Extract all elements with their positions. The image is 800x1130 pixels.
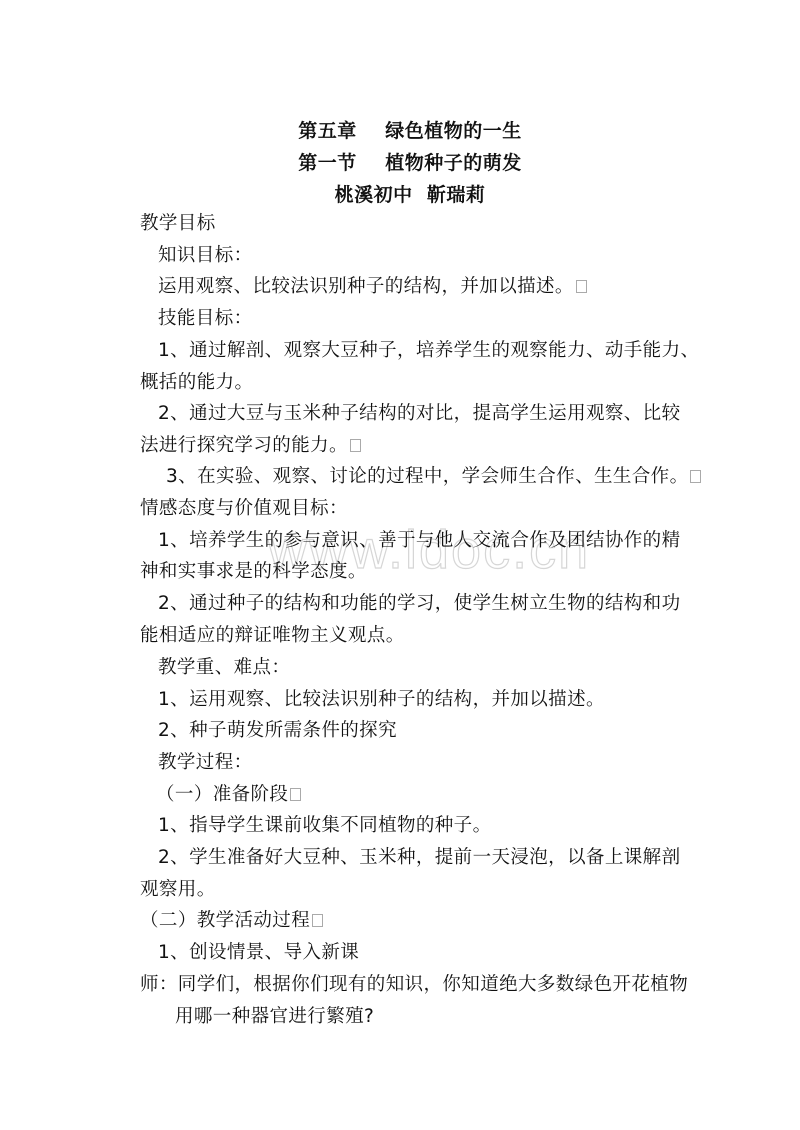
- paragraph-line: 2、种子萌发所需条件的探究: [158, 719, 397, 743]
- placeholder-box-icon: [312, 914, 323, 927]
- line-text: 2、种子萌发所需条件的探究: [158, 720, 397, 741]
- line-text: 1、运用观察、比较法识别种子的结构，并加以描述。: [158, 689, 605, 710]
- dialogue-line: 师：同学们，根据你们现有的知识，你知道绝大多数绿色开花植物: [140, 973, 688, 997]
- paragraph-line: 能相适应的辩证唯物主义观点。: [140, 624, 405, 648]
- heading-teaching-process: 教学过程：: [158, 751, 253, 775]
- heading-skill-goals: 技能目标：: [158, 307, 253, 331]
- line-text: 1、创设情景、导入新课: [158, 942, 359, 963]
- paragraph-line: 2、学生准备好大豆种、玉米种，提前一天浸泡，以备上课解剖: [158, 846, 680, 870]
- paragraph-line: 1、通过解剖、观察大豆种子，培养学生的观察能力、动手能力、: [158, 339, 699, 363]
- paragraph-line: 2、通过大豆与玉米种子结构的对比，提高学生运用观察、比较: [158, 402, 680, 426]
- line-text: 1、指导学生课前收集不同植物的种子。: [158, 815, 491, 836]
- chapter-title: 第五章 绿色植物的一生: [0, 119, 800, 143]
- line-text: 法进行探究学习的能力。: [140, 435, 348, 456]
- paragraph-line: 观察用。: [140, 878, 216, 902]
- document-page: www.ldoc.cn 第五章 绿色植物的一生 第一节 植物种子的萌发 桃溪初中…: [0, 0, 800, 1130]
- line-text: 3、在实验、观察、讨论的过程中，学会师生合作、生生合作。: [166, 466, 688, 487]
- placeholder-box-icon: [690, 470, 701, 483]
- heading-activity-process: （二）教学活动过程: [140, 909, 323, 933]
- line-text: 2、通过大豆与玉米种子结构的对比，提高学生运用观察、比较: [158, 403, 680, 424]
- line-text: （一）准备阶段: [156, 784, 288, 805]
- line-text: 运用观察、比较法识别种子的结构，并加以描述。: [158, 276, 574, 297]
- heading-emotion-goals: 情感态度与价值观目标：: [140, 497, 348, 521]
- placeholder-box-icon: [350, 439, 361, 452]
- paragraph-line: 1、运用观察、比较法识别种子的结构，并加以描述。: [158, 688, 605, 712]
- heading-preparation-stage: （一）准备阶段: [156, 783, 301, 807]
- paragraph-line: 神和实事求是的科学态度。: [140, 560, 367, 584]
- line-text: 教学重、难点：: [158, 657, 290, 678]
- heading-teaching-goals: 教学目标: [140, 212, 216, 236]
- heading-key-points: 教学重、难点：: [158, 656, 290, 680]
- line-text: 1、培养学生的参与意识、善于与他人交流合作及团结协作的精: [158, 530, 680, 551]
- paragraph-line: 1、指导学生课前收集不同植物的种子。: [158, 814, 491, 838]
- line-text: 技能目标：: [158, 308, 253, 329]
- dialogue-line: 用哪一种器官进行繁殖?: [175, 1005, 374, 1029]
- section-title: 第一节 植物种子的萌发: [0, 151, 800, 175]
- line-text: 神和实事求是的科学态度。: [140, 561, 367, 582]
- paragraph-line: 概括的能力。: [140, 371, 253, 395]
- line-text: （二）教学活动过程: [140, 910, 310, 931]
- placeholder-box-icon: [290, 788, 301, 801]
- line-text: 1、通过解剖、观察大豆种子，培养学生的观察能力、动手能力、: [158, 340, 699, 361]
- line-text: 教学过程：: [158, 752, 253, 773]
- paragraph-line: 3、在实验、观察、讨论的过程中，学会师生合作、生生合作。: [166, 465, 701, 489]
- line-text: 用哪一种器官进行繁殖?: [175, 1006, 374, 1027]
- line-text: 概括的能力。: [140, 372, 253, 393]
- line-text: 师：同学们，根据你们现有的知识，你知道绝大多数绿色开花植物: [140, 974, 688, 995]
- paragraph-line: 2、通过种子的结构和功能的学习，使学生树立生物的结构和功: [158, 592, 680, 616]
- paragraph-line: 法进行探究学习的能力。: [140, 434, 361, 458]
- author-line: 桃溪初中 靳瑞莉: [0, 183, 800, 207]
- line-text: 知识目标：: [158, 245, 253, 266]
- heading-knowledge-goals: 知识目标：: [158, 244, 253, 268]
- placeholder-box-icon: [576, 280, 587, 293]
- paragraph-line: 运用观察、比较法识别种子的结构，并加以描述。: [158, 275, 587, 299]
- line-text: 教学目标: [140, 213, 216, 234]
- line-text: 2、通过种子的结构和功能的学习，使学生树立生物的结构和功: [158, 593, 680, 614]
- paragraph-line: 1、创设情景、导入新课: [158, 941, 359, 965]
- line-text: 2、学生准备好大豆种、玉米种，提前一天浸泡，以备上课解剖: [158, 847, 680, 868]
- line-text: 能相适应的辩证唯物主义观点。: [140, 625, 405, 646]
- line-text: 情感态度与价值观目标：: [140, 498, 348, 519]
- paragraph-line: 1、培养学生的参与意识、善于与他人交流合作及团结协作的精: [158, 529, 680, 553]
- line-text: 观察用。: [140, 879, 216, 900]
